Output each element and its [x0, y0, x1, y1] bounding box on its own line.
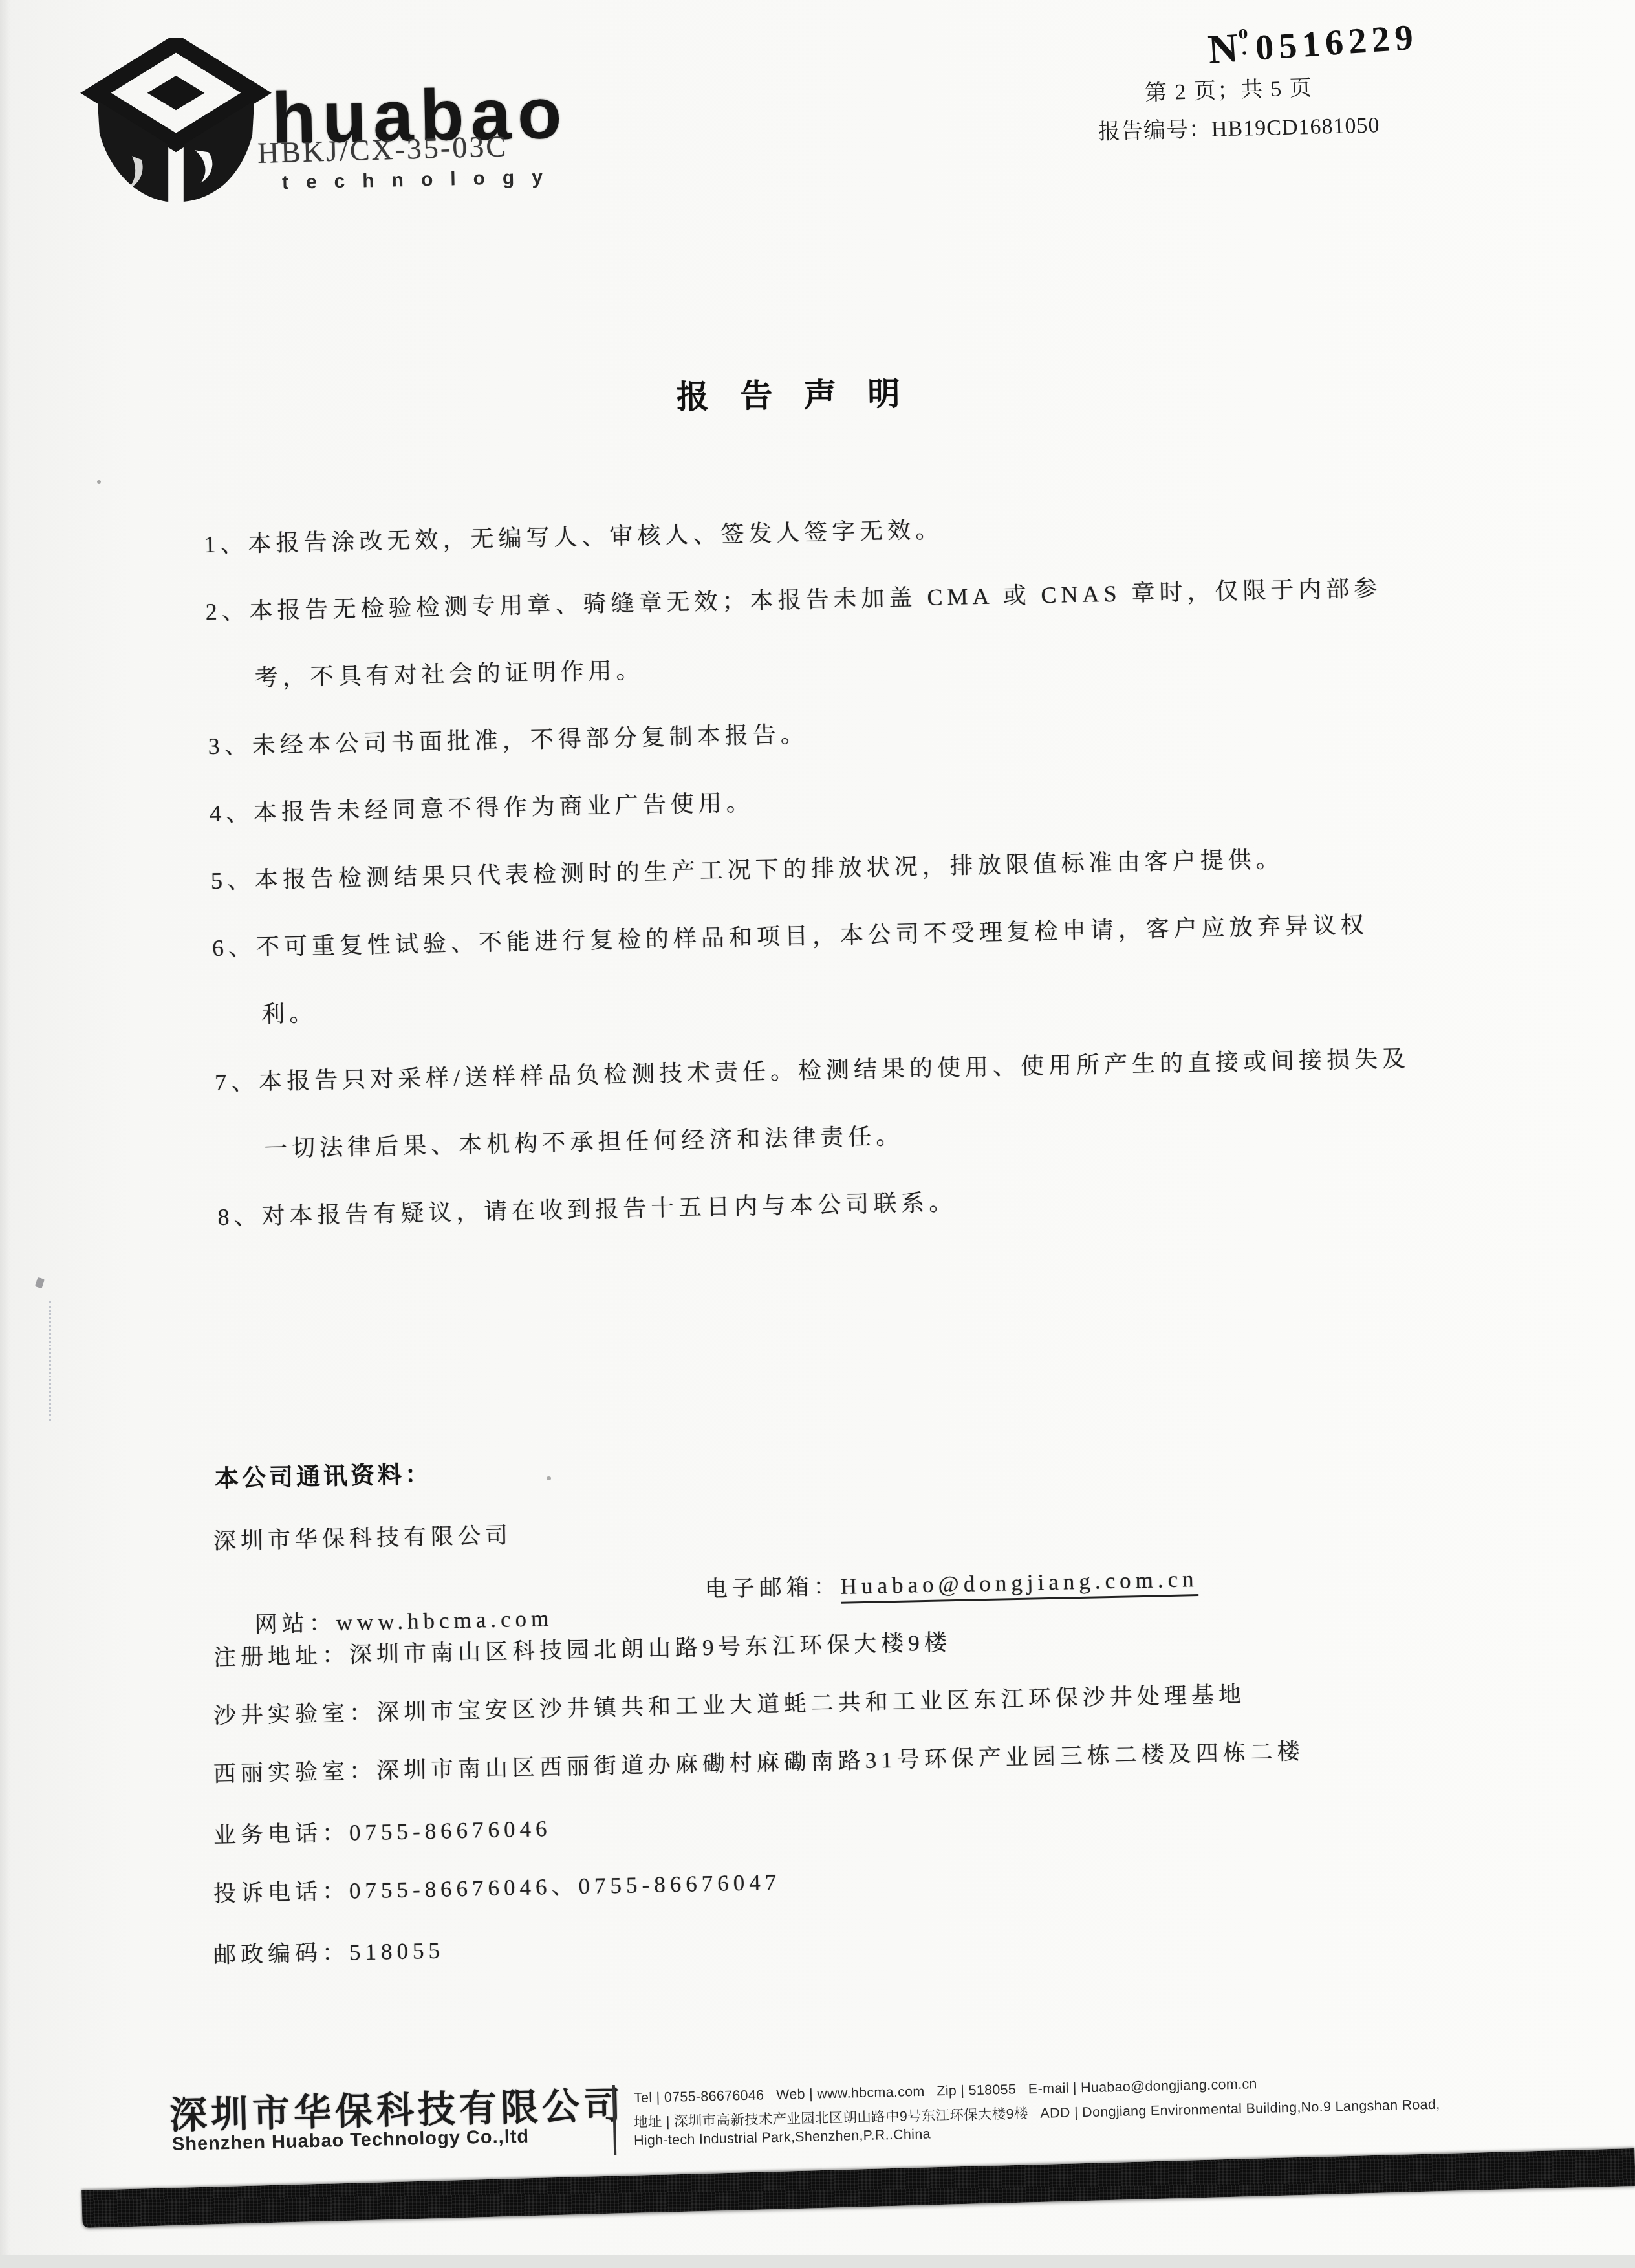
- page-title: 报 告 声 明: [676, 368, 911, 418]
- huabao-cube-icon: [79, 38, 273, 206]
- scan-speck-artifact: [547, 1476, 551, 1480]
- contact-email-group: 电子邮箱：Huabao@dongjiang.com.cn: [704, 1561, 1198, 1604]
- statement-list: 1、本报告涂改无效，无编写人、审核人、签发人签字无效。 2、本报告无检验检测专用…: [204, 487, 1415, 1251]
- scan-dotted-line-artifact: [49, 1301, 51, 1421]
- contact-xili-lab-address: 西丽实验室：深圳市南山区西丽街道办麻磡村麻磡南路31号环保产业园三栋二楼及四栋二…: [213, 1730, 1481, 1789]
- statement-item-7: 7、本报告只对采样/送样样品负检测技术责任。检测结果的使用、使用所产生的直接或间…: [214, 1025, 1413, 1183]
- contact-shajing-lab-address: 沙井实验室：深圳市宝安区沙井镇共和工业大道蚝二共和工业区东江环保沙井处理基地: [213, 1672, 1481, 1731]
- scan-page-edge-band: [81, 2148, 1635, 2228]
- contact-postal-code: 邮政编码：518055: [213, 1911, 1481, 1970]
- contact-website: 网站：www.hbcma.com: [254, 1606, 553, 1637]
- scan-bottom-strip: [0, 2255, 1635, 2268]
- stamp-no-prefix: N: [1206, 25, 1239, 72]
- scan-smudge-artifact: [35, 1277, 45, 1289]
- scan-speck-artifact: [97, 480, 101, 484]
- page-number-info: 第 2 页；共 5 页: [1144, 70, 1313, 107]
- statement-item-2: 2、本报告无检验检测专用章、骑缝章无效；本报告未加盖 CMA 或 CNAS 章时…: [205, 554, 1404, 713]
- contact-company-name: 深圳市华保科技有限公司: [213, 1497, 1481, 1556]
- scanned-report-declaration-page: huabao HBKJ/CX-35-03C technology No.0516…: [0, 0, 1635, 2268]
- logo-doc-code: HBKJ/CX-35-03C: [257, 129, 508, 170]
- scan-left-edge-shadow: [0, 0, 10, 2268]
- statement-item-6: 6、不可重复性试验、不能进行复检的样品和项目，本公司不受理复检申请，客户应放弃异…: [211, 891, 1411, 1049]
- contact-heading: 本公司通讯资料：: [214, 1454, 432, 1494]
- contact-email-address: Huabao@dongjiang.com.cn: [840, 1566, 1198, 1604]
- stamp-serial-number: No.0516229: [1206, 11, 1420, 74]
- contact-complaint-phone: 投诉电话：0755-86676046、0755-86676047: [213, 1850, 1481, 1908]
- stamp-number-digits: 0516229: [1254, 17, 1420, 68]
- stamp-no-superscript: o.: [1238, 23, 1250, 55]
- contact-email-label: 电子邮箱：: [704, 1574, 841, 1602]
- contact-business-phone: 业务电话：0755-86676046: [213, 1791, 1481, 1850]
- report-number: 报告编号：HB19CD1681050: [1098, 107, 1380, 146]
- contact-website-email-line: 网站：www.hbcma.com 电子邮箱：Huabao@dongjiang.c…: [213, 1555, 1481, 1618]
- logo-sub-text: technology: [282, 166, 561, 194]
